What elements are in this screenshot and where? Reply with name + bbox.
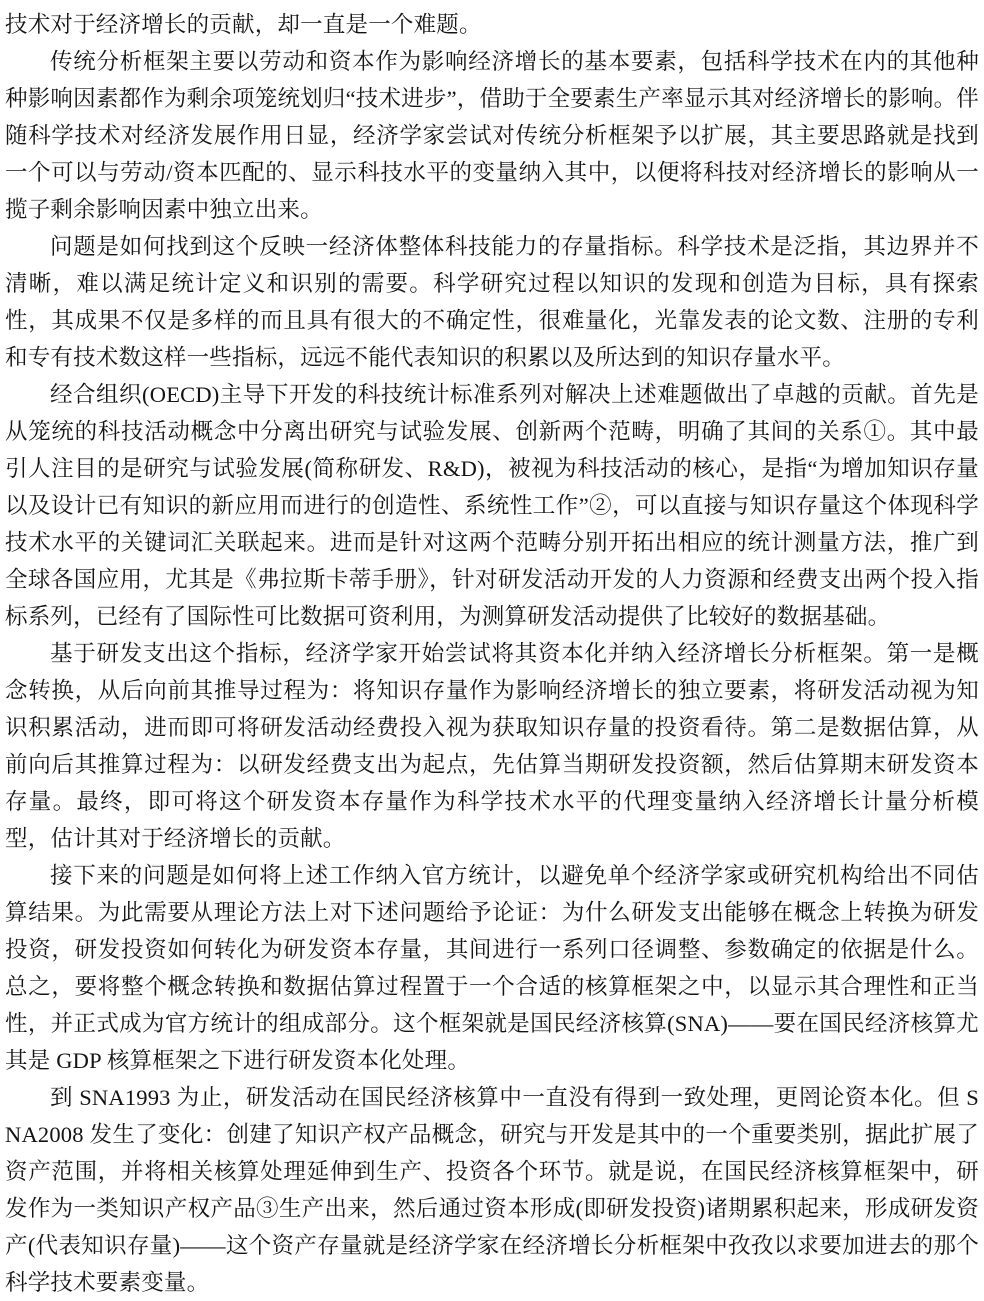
paragraph-oecd-standards: 经合组织(OECD)主导下开发的科技统计标准系列对解决上述难题做出了卓越的贡献。…: [5, 376, 979, 635]
paragraph-continuation: 技术对于经济增长的贡献，却一直是一个难题。: [5, 6, 979, 43]
document-page: 技术对于经济增长的贡献，却一直是一个难题。 传统分析框架主要以劳动和资本作为影响…: [0, 0, 984, 1301]
paragraph-official-statistics-sna: 接下来的问题是如何将上述工作纳入官方统计，以避免单个经济学家或研究机构给出不同估…: [5, 857, 979, 1079]
paragraph-sna1993-sna2008: 到 SNA1993 为止，研发活动在国民经济核算中一直没有得到一致处理，更罔论资…: [5, 1079, 979, 1301]
paragraph-rd-capitalization: 基于研发支出这个指标，经济学家开始尝试将其资本化并纳入经济增长分析框架。第一是概…: [5, 635, 979, 857]
paragraph-stock-indicator-problem: 问题是如何找到这个反映一经济体整体科技能力的存量指标。科学技术是泛指，其边界并不…: [5, 228, 979, 376]
paragraph-traditional-framework: 传统分析框架主要以劳动和资本作为影响经济增长的基本要素，包括科学技术在内的其他种…: [5, 43, 979, 228]
